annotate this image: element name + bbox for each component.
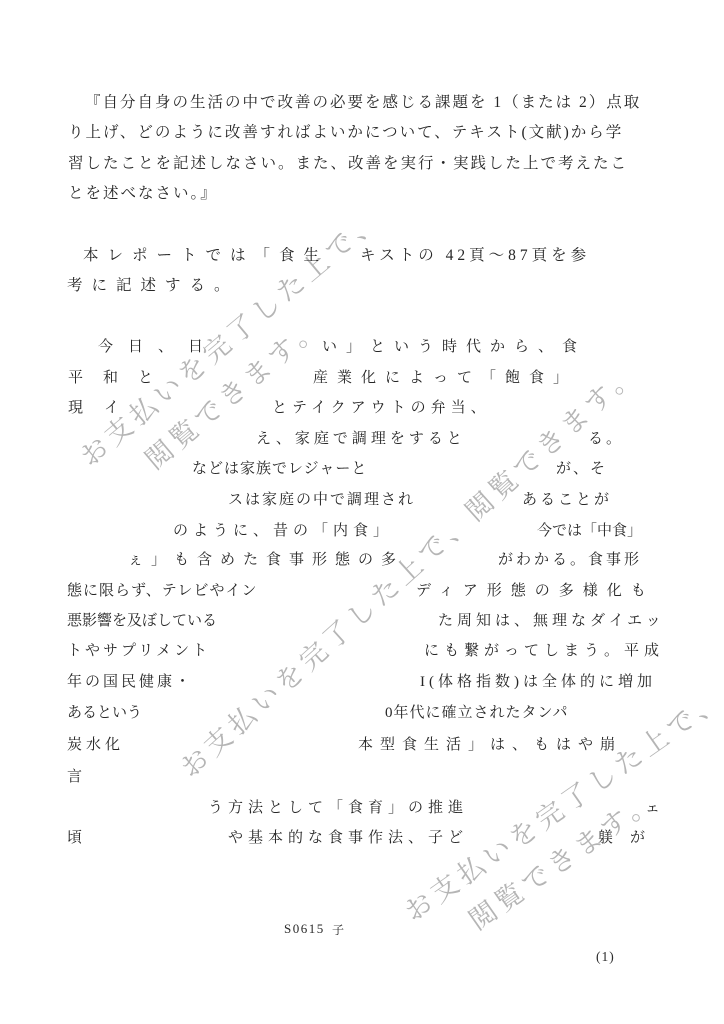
text-fragment: 現 (68, 397, 87, 419)
text-fragment: る。 (588, 428, 624, 450)
text-fragment: 平和と (68, 367, 173, 389)
text-fragment: がわかる。食事形 (498, 549, 642, 571)
text-fragment: などは家族でレジャーと (192, 458, 367, 480)
text-fragment: え、家庭で調理をすると (256, 428, 466, 450)
text-fragment: 今では「中食」 (537, 520, 642, 542)
text-fragment: とを述べなさい。』 (68, 183, 218, 205)
text-fragment: 態に限らず、テレビやイン (67, 580, 258, 602)
text-fragment: う方法として「食育」の推進 (208, 797, 468, 819)
text-fragment: が、そ (556, 458, 607, 480)
text-fragment: キストの 42頁～87頁を参 (360, 245, 590, 267)
text-fragment: ディア形態の多様化も (416, 580, 655, 602)
text-fragment: 習したことを記述しなさい。また、改善を実行・実践した上で考えたこ (68, 153, 628, 175)
text-fragment: 『自分自身の生活の中で改善の必要を感じる課題を 1（または 2）点取 (85, 92, 641, 114)
document-page: お支払いを完了した上で、閲覧できます。お支払いを完了した上で、閲覧できます。お支… (0, 0, 724, 1024)
text-layer: 『自分自身の生活の中で改善の必要を感じる課題を 1（または 2）点取り上げ、どの… (0, 0, 724, 1024)
text-fragment: 本型食生活」は、もはや崩 (358, 734, 622, 756)
text-fragment: た周知は、無理なダイエッ (438, 610, 665, 632)
text-fragment: 炭水化 (67, 734, 124, 756)
text-fragment: 言 (67, 766, 86, 788)
report-code: S0615 (284, 921, 325, 937)
text-fragment: スは家庭の中で調理され (228, 489, 415, 511)
text-fragment: 頃 (67, 827, 86, 849)
report-code-fragment: 子 (332, 921, 344, 938)
text-fragment: 産業化によって「飽食」 (313, 367, 577, 389)
text-fragment: 年の国民健康・ (67, 671, 193, 693)
text-fragment: トやサプリメント (67, 640, 210, 662)
page-number: (1) (596, 949, 615, 965)
text-fragment: I(体格指数)は全体的に増加 (420, 671, 656, 693)
text-fragment: り上げ、どのように改善すればよいかについて、テキスト(文献)から学 (68, 122, 623, 144)
text-fragment: 今日、日 (98, 336, 218, 358)
text-fragment: イ (104, 397, 123, 419)
text-fragment: 悪影響を及ぼしている (67, 610, 217, 632)
text-fragment: あるという (67, 702, 142, 724)
text-fragment: のように、昔の「内食」 (173, 520, 393, 542)
text-fragment: い」という時代から、食 (322, 336, 586, 358)
text-fragment: あることが (522, 489, 612, 511)
text-fragment: 0年代に確立されたタンパ (385, 702, 568, 724)
text-fragment: 本レポートでは「食生 (83, 245, 328, 267)
text-fragment: とテイクアウトの弁当、 (272, 397, 491, 419)
text-fragment: 考に記述する。 (67, 275, 239, 297)
text-fragment: や基本的な食事作法、子ど (228, 827, 468, 849)
text-fragment: にも繋がってしまう。平成 (424, 640, 664, 662)
text-fragment: 躾が (598, 827, 662, 849)
text-fragment: ェ (645, 797, 664, 819)
text-fragment: ぇ」も含めた食事形態の多 (128, 549, 404, 571)
